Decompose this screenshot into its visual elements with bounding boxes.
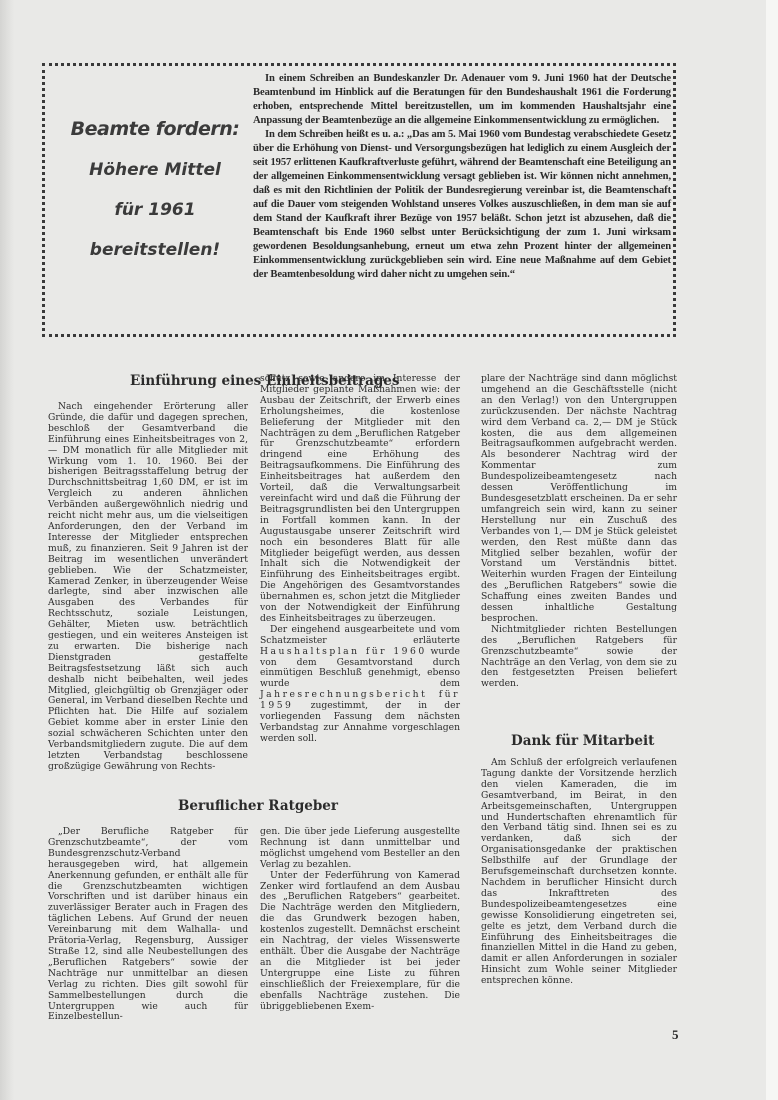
article2-col3-text: plare der Nachträge sind dann möglichst … bbox=[481, 374, 677, 625]
article1-column2: schutz sowie andere im Interesse der Mit… bbox=[260, 374, 460, 745]
article2-col1-text: „Der Berufliche Ratgeber für Grenzschutz… bbox=[48, 827, 248, 1023]
scan-right-edge bbox=[766, 0, 778, 1100]
box-title-line4: bereitstellen! bbox=[55, 240, 255, 260]
box-paragraph: In dem Schreiben heißt es u. a.: „Das am… bbox=[253, 128, 671, 282]
text-run: Der eingehend ausgearbeitete und vom Sch… bbox=[260, 624, 460, 646]
article3-column: Am Schluß der erfolgreich verlaufenen Ta… bbox=[481, 758, 677, 987]
article3-text: Am Schluß der erfolgreich verlaufenen Ta… bbox=[481, 758, 677, 987]
article3-heading: Dank für Mitarbeit bbox=[511, 733, 654, 749]
box-paragraph: In einem Schreiben an Bundeskanzler Dr. … bbox=[253, 72, 671, 128]
article2-column2: gen. Die über jede Lieferung ausgestellt… bbox=[260, 827, 460, 1012]
box-title-line3: für 1961 bbox=[55, 200, 255, 220]
spaced-text-run: Haushaltsplan für 1960 bbox=[260, 646, 427, 657]
article1-col2-para2: Der eingehend ausgearbeitete und vom Sch… bbox=[260, 625, 460, 745]
article2-col2-text: gen. Die über jede Lieferung ausgestellt… bbox=[260, 827, 460, 871]
box-body: In einem Schreiben an Bundeskanzler Dr. … bbox=[253, 72, 671, 282]
article2-heading: Beruflicher Ratgeber bbox=[178, 798, 338, 814]
box-title: Beamte fordern: Höhere Mittel für 1961 b… bbox=[55, 118, 255, 280]
scan-left-edge bbox=[0, 0, 14, 1100]
article2-column3: plare der Nachträge sind dann möglichst … bbox=[481, 374, 677, 690]
page-number: 5 bbox=[672, 1027, 679, 1043]
article1-col1-text: Nach eingehender Erörterung aller Gründe… bbox=[48, 402, 248, 773]
article2-col2-para2: Unter der Federführung von Kamerad Zenke… bbox=[260, 871, 460, 1013]
box-title-line2: Höhere Mittel bbox=[55, 160, 255, 180]
article2-col3-para2: Nichtmitglieder richten Bestellungen des… bbox=[481, 625, 677, 690]
highlight-box: Beamte fordern: Höhere Mittel für 1961 b… bbox=[42, 63, 676, 337]
box-title-line1: Beamte fordern: bbox=[55, 118, 255, 140]
article2-column1: „Der Berufliche Ratgeber für Grenzschutz… bbox=[48, 827, 248, 1023]
article1-column1: Nach eingehender Erörterung aller Gründe… bbox=[48, 402, 248, 773]
article1-col2-text: schutz sowie andere im Interesse der Mit… bbox=[260, 374, 460, 625]
